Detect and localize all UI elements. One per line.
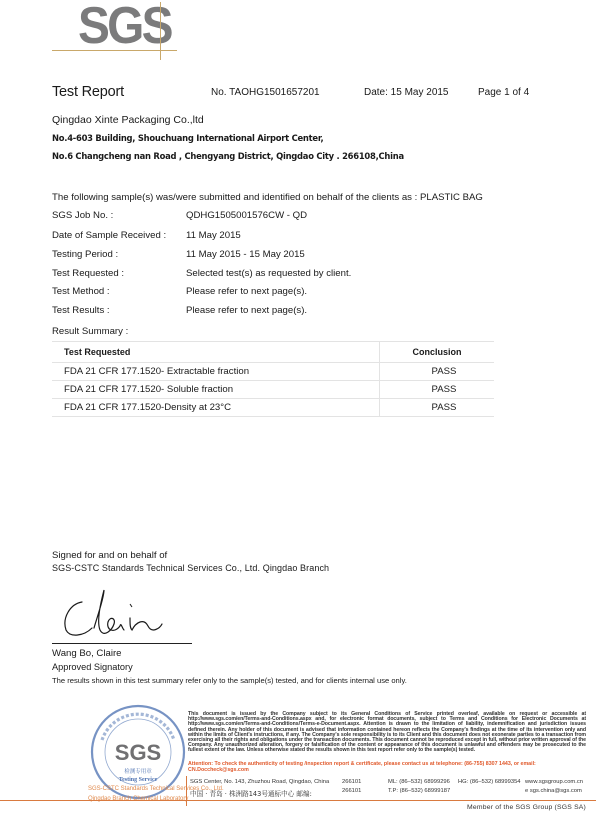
authenticity-alert: Attention: To check the authenticity of …	[188, 762, 586, 773]
phone-ml: ML: (86–532) 68999296	[388, 779, 450, 785]
sgs-group-member-note: Member of the SGS Group (SGS SA)	[467, 804, 586, 811]
signer-name: Wang Bo, Claire	[52, 648, 122, 659]
column-header-test: Test Requested	[52, 342, 380, 363]
info-label: Test Results :	[52, 305, 110, 316]
handwritten-signature	[58, 584, 168, 642]
info-row-test-requested: Test Requested : Selected test(s) as req…	[52, 268, 552, 282]
footer-horizontal-rule	[0, 800, 596, 801]
conclusion-cell: PASS	[380, 363, 495, 381]
client-address-line2: No.6 Changcheng nan Road , Chengyang Dis…	[52, 151, 404, 161]
website-link[interactable]: www.sgsgroup.com.cn	[525, 779, 583, 785]
info-row-test-method: Test Method : Please refer to next page(…	[52, 286, 552, 300]
document-title: Test Report	[52, 84, 124, 100]
info-label: Test Method :	[52, 286, 110, 297]
conclusion-cell: PASS	[380, 399, 495, 417]
signing-company: SGS-CSTC Standards Technical Services Co…	[52, 563, 329, 573]
email-link[interactable]: e sgs.china@sgs.com	[525, 788, 582, 794]
postcode-cn: 266101	[342, 788, 361, 794]
info-row-testing-period: Testing Period : 11 May 2015 - 15 May 20…	[52, 249, 552, 263]
info-value: QDHG1505001576CW - QD	[186, 210, 307, 221]
signature-line	[52, 643, 192, 644]
info-value: Please refer to next page(s).	[186, 286, 307, 297]
test-cell: FDA 21 CFR 177.1520- Soluble fraction	[52, 381, 380, 399]
logo-text: SGS	[78, 0, 171, 56]
address-en: SGS Center, No. 143, Zhuzhou Road, Qingd…	[190, 779, 329, 785]
column-header-conclusion: Conclusion	[380, 342, 495, 363]
info-value: 11 May 2015 - 15 May 2015	[186, 249, 305, 260]
phone-hg: HG: (86–532) 68999354	[458, 779, 521, 785]
stamp-organization-line2: Qingdao Branch Chemical Laboratory	[88, 796, 188, 802]
phone-tp: T.P: (86–532) 68999187	[388, 788, 450, 794]
stamp-line1: 检测专用章	[124, 767, 152, 775]
table-header-row: Test Requested Conclusion	[52, 342, 494, 363]
table-row: FDA 21 CFR 177.1520-Density at 23°C PASS	[52, 399, 494, 417]
info-row-test-results: Test Results : Please refer to next page…	[52, 305, 552, 319]
result-summary-label: Result Summary :	[52, 326, 128, 337]
signer-title: Approved Signatory	[52, 662, 133, 672]
logo-vertical-rule	[160, 2, 161, 60]
info-value: 11 May 2015	[186, 230, 241, 241]
conclusion-cell: PASS	[380, 381, 495, 399]
logo-horizontal-rule	[52, 50, 177, 51]
summary-disclaimer: The results shown in this test summary r…	[52, 676, 407, 685]
info-label: Test Requested :	[52, 268, 124, 279]
sgs-stamp-icon: SGS 检测专用章 Testing Service	[84, 702, 192, 810]
sample-intro: The following sample(s) was/were submitt…	[52, 192, 483, 203]
info-row-job-no: SGS Job No. : QDHG1505001576CW - QD	[52, 210, 552, 224]
stamp-line2: Testing Service	[119, 777, 158, 783]
report-date: Date: 15 May 2015	[364, 87, 449, 98]
signed-for-label: Signed for and on behalf of	[52, 550, 167, 561]
page-indicator: Page 1 of 4	[478, 87, 529, 98]
info-label: Testing Period :	[52, 249, 118, 260]
address-cn: 中国 · 青岛 · 株洲路143号通标中心 邮编:	[190, 788, 312, 798]
info-value: Please refer to next page(s).	[186, 305, 307, 316]
client-name: Qingdao Xinte Packaging Co.,ltd	[52, 114, 204, 126]
info-value: Selected test(s) as requested by client.	[186, 268, 351, 279]
sgs-logo: SGS	[52, 2, 177, 60]
table-row: FDA 21 CFR 177.1520- Extractable fractio…	[52, 363, 494, 381]
info-label: Date of Sample Received :	[52, 230, 166, 241]
report-number: No. TAOHG1501657201	[211, 87, 320, 98]
result-summary-table: Test Requested Conclusion FDA 21 CFR 177…	[52, 341, 494, 417]
terms-fine-print: This document is issued by the Company s…	[188, 712, 586, 754]
stamp-logo: SGS	[115, 740, 161, 765]
postcode-en: 266101	[342, 779, 361, 785]
client-address-line1: No.4-603 Building, Shouchuang Internatio…	[52, 133, 323, 143]
test-cell: FDA 21 CFR 177.1520-Density at 23°C	[52, 399, 380, 417]
info-row-date-received: Date of Sample Received : 11 May 2015	[52, 230, 552, 244]
footer-vertical-rule	[186, 776, 187, 806]
test-cell: FDA 21 CFR 177.1520- Extractable fractio…	[52, 363, 380, 381]
table-row: FDA 21 CFR 177.1520- Soluble fraction PA…	[52, 381, 494, 399]
info-label: SGS Job No. :	[52, 210, 113, 221]
